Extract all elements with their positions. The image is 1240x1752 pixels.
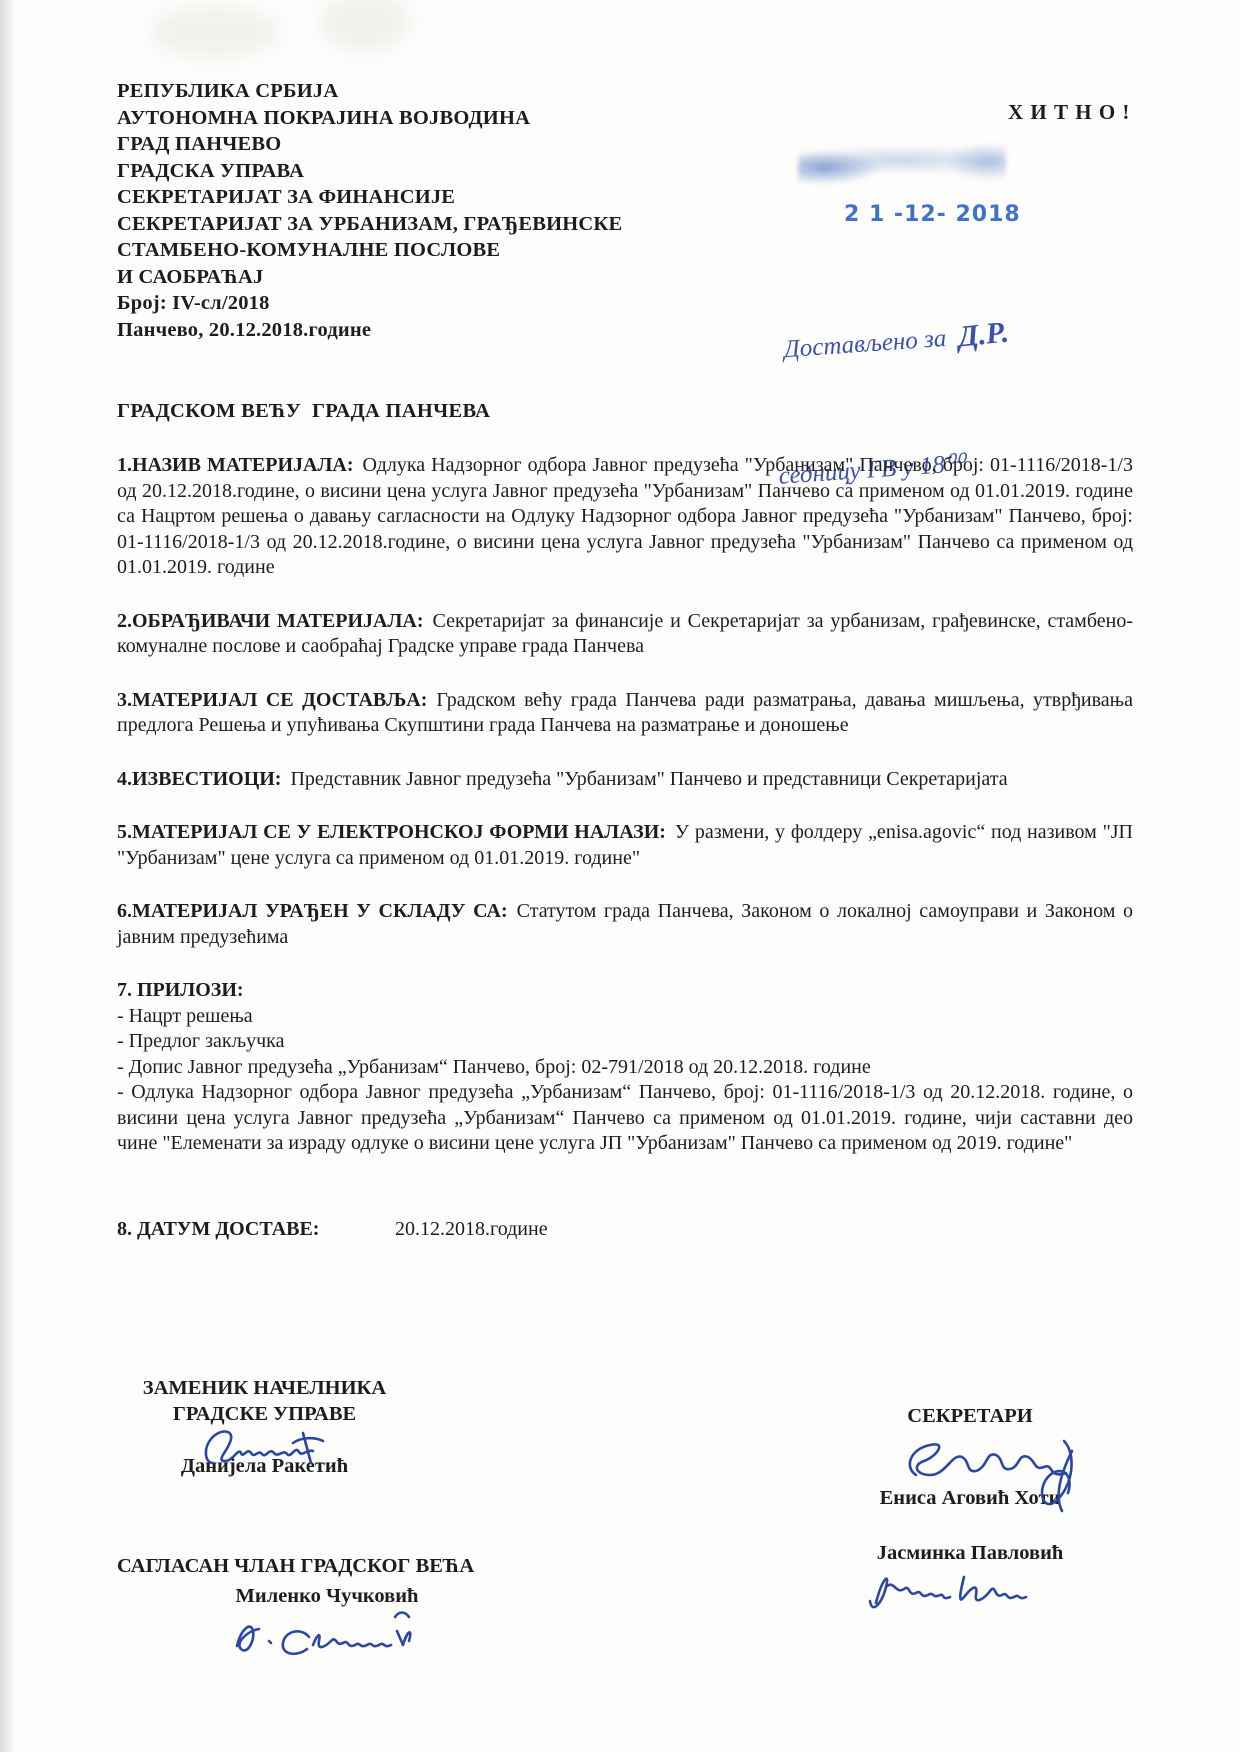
attachment-item: - Одлука Надзорног одбора Јавног предузе… — [117, 1080, 1133, 1157]
council-member-name: Миленко Чучковић — [177, 1583, 477, 1609]
secretaries-title: СЕКРЕТАРИ — [848, 1403, 1092, 1429]
section-text: Представник Јавног предузећа "Урбанизам"… — [290, 768, 1007, 790]
attachments-heading: 7. ПРИЛОЗИ: — [117, 978, 1133, 1004]
recipient-heading: ГРАДСКОМ ВЕЋУ ГРАДА ПАНЧЕВА — [117, 400, 1133, 423]
section-label: 3.МАТЕРИЈАЛ СЕ ДОСТАВЉА: — [117, 689, 427, 711]
secretary2-name: Јасминка Павловић — [848, 1540, 1092, 1566]
header-line: СТАМБЕНО-КОМУНАЛНЕ ПОСЛОВЕ — [117, 237, 1133, 264]
scan-artifact — [320, 0, 410, 52]
attachment-item: - Нацрт решења — [117, 1004, 1133, 1030]
section-material-title: 1.НАЗИВ МАТЕРИЈАЛА:Одлука Надзорног одбо… — [117, 453, 1133, 581]
document-number: Број: IV-сл/2018 — [117, 290, 1133, 317]
deputy-title-line1: ЗАМЕНИК НАЧЕЛНИКА — [117, 1375, 412, 1401]
council-member-signature-block: САГЛАСАН ЧЛАН ГРАДСКОГ ВЕЋА Миленко Чучк… — [117, 1553, 537, 1609]
delivery-date-label: 8. ДАТУМ ДОСТАВЕ: — [117, 1217, 395, 1243]
section-label: 6.МАТЕРИЈАЛ УРАЂЕН У СКЛАДУ СА: — [117, 900, 508, 922]
section-processors: 2.ОБРАЂИВАЧИ МАТЕРИЈАЛА:Секретаријат за … — [117, 609, 1133, 660]
council-member-title: САГЛАСАН ЧЛАН ГРАДСКОГ ВЕЋА — [117, 1553, 537, 1579]
section-label: 1.НАЗИВ МАТЕРИЈАЛА: — [117, 454, 353, 476]
delivery-date-value: 20.12.2018.године — [395, 1218, 548, 1240]
deputy-signature-block: ЗАМЕНИК НАЧЕЛНИКА ГРАДСКЕ УПРАВЕ Данијел… — [117, 1375, 412, 1479]
section-reporters: 4.ИЗВЕСТИОЦИ:Представник Јавног предузећ… — [117, 767, 1133, 793]
document-body: РЕПУБЛИКА СРБИЈА АУТОНОМНА ПОКРАЈИНА ВОЈ… — [117, 78, 1133, 1242]
header-line: И САОБРАЋАЈ — [117, 264, 1133, 291]
scan-artifact — [150, 6, 280, 58]
header-line: ГРАДСКА УПРАВА — [117, 158, 1133, 185]
attachment-item: - Допис Јавног предузећа „Урбанизам“ Пан… — [117, 1055, 1133, 1081]
place-and-date: Панчево, 20.12.2018.године — [117, 317, 1133, 344]
header-line: АУТОНОМНА ПОКРАЈИНА ВОЈВОДИНА — [117, 105, 1133, 132]
scanned-document-page: Х И Т Н О ! 2 1 -12- 2018 Достављено за … — [0, 0, 1240, 1752]
header-line: РЕПУБЛИКА СРБИЈА — [117, 78, 1133, 105]
section-label: 5.МАТЕРИЈАЛ СЕ У ЕЛЕКТРОНСКОЈ ФОРМИ НАЛА… — [117, 821, 666, 843]
deputy-name: Данијела Ракетић — [117, 1453, 412, 1479]
secretary1-name: Ениса Аговић Хоти — [848, 1485, 1092, 1511]
attachment-item: - Предлог закључка — [117, 1029, 1133, 1055]
delivery-date-row: 8. ДАТУМ ДОСТАВЕ:20.12.2018.године — [117, 1217, 1133, 1243]
header-line: ГРАД ПАНЧЕВО — [117, 131, 1133, 158]
section-delivered-to: 3.МАТЕРИЈАЛ СЕ ДОСТАВЉА:Градском већу гр… — [117, 688, 1133, 739]
deputy-title-line2: ГРАДСКЕ УПРАВЕ — [117, 1401, 412, 1427]
header-line: СЕКРЕТАРИЈАТ ЗА УРБАНИЗАМ, ГРАЂЕВИНСКЕ — [117, 211, 1133, 238]
cuckovic-signature — [217, 1601, 447, 1676]
section-label: 4.ИЗВЕСТИОЦИ: — [117, 768, 281, 790]
header-line: СЕКРЕТАРИЈАТ ЗА ФИНАНСИЈЕ — [117, 184, 1133, 211]
secretaries-signature-block: СЕКРЕТАРИ Ениса Аговић Хоти Јасминка Пав… — [848, 1403, 1092, 1566]
section-electronic-form: 5.МАТЕРИЈАЛ СЕ У ЕЛЕКТРОНСКОЈ ФОРМИ НАЛА… — [117, 820, 1133, 871]
section-label: 2.ОБРАЂИВАЧИ МАТЕРИЈАЛА: — [117, 610, 423, 632]
section-in-accordance-with: 6.МАТЕРИЈАЛ УРАЂЕН У СКЛАДУ СА:Статутом … — [117, 899, 1133, 950]
